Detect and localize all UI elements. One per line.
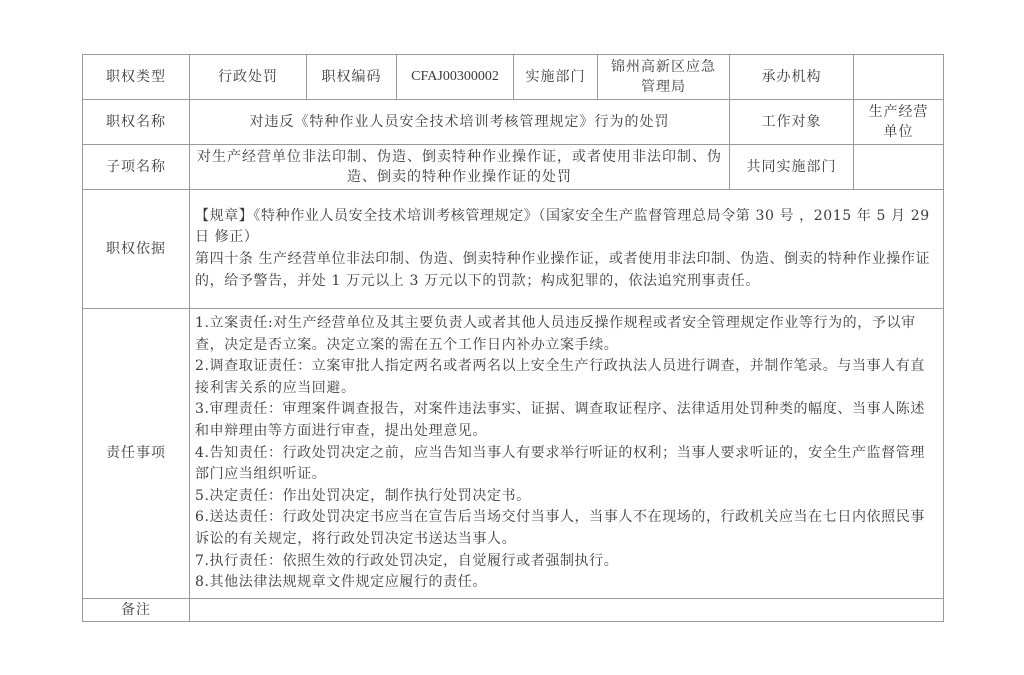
dept-value: 锦州高新区应急管理局 (598, 55, 730, 100)
name-label: 职权名称 (83, 100, 190, 145)
row-name: 职权名称 对违反《特种作业人员安全技术培训考核管理规定》行为的处罚 工作对象 生… (83, 100, 944, 145)
sub-label: 子项名称 (83, 145, 190, 190)
duty-item: 2.调查取证责任：立案审批人指定两名或者两名以上安全生产行政执法人员进行调查，并… (195, 356, 938, 399)
joint-value (854, 145, 944, 190)
agency-label: 承办机构 (730, 55, 854, 100)
duty-item: 3.审理责任：审理案件调查报告，对案件违法事实、证据、调查取证程序、法律适用处罚… (195, 399, 938, 442)
authority-table: 职权类型 行政处罚 职权编码 CFAJ00300002 实施部门 锦州高新区应急… (82, 54, 944, 599)
duties-label: 责任事项 (83, 309, 190, 599)
row-type: 职权类型 行政处罚 职权编码 CFAJ00300002 实施部门 锦州高新区应急… (83, 55, 944, 100)
basis-content: 【规章】《特种作业人员安全技术培训考核管理规定》（国家安全生产监督管理总局令第 … (190, 190, 944, 309)
code-value: CFAJ00300002 (397, 55, 514, 100)
remarks-value (190, 599, 944, 622)
basis-line: 【规章】《特种作业人员安全技术培训考核管理规定》（国家安全生产监督管理总局令第 … (195, 206, 938, 249)
duty-item: 5.决定责任：作出处罚决定，制作执行处罚决定书。 (195, 486, 938, 508)
sub-value: 对生产经营单位非法印制、伪造、倒卖特种作业操作证，或者使用非法印制、伪造、倒卖的… (190, 145, 730, 190)
code-label: 职权编码 (307, 55, 397, 100)
row-duties: 责任事项 1.立案责任:对生产经营单位及其主要负责人或者其他人员违反操作规程或者… (83, 309, 944, 599)
type-label: 职权类型 (83, 55, 190, 100)
dept-label: 实施部门 (514, 55, 598, 100)
name-value: 对违反《特种作业人员安全技术培训考核管理规定》行为的处罚 (190, 100, 730, 145)
duty-item: 4.告知责任：行政处罚决定之前，应当告知当事人有要求举行听证的权利；当事人要求听… (195, 443, 938, 486)
basis-label: 职权依据 (83, 190, 190, 309)
joint-label: 共同实施部门 (730, 145, 854, 190)
duty-item: 1.立案责任:对生产经营单位及其主要负责人或者其他人员违反操作规程或者安全管理规… (195, 313, 938, 356)
basis-line: 第四十条 生产经营单位非法印制、伪造、倒卖特种作业操作证，或者使用非法印制、伪造… (195, 249, 938, 292)
remarks-label: 备注 (83, 599, 190, 622)
duties-content: 1.立案责任:对生产经营单位及其主要负责人或者其他人员违反操作规程或者安全管理规… (190, 309, 944, 599)
row-remarks: 备注 (83, 599, 944, 622)
duty-item: 7.执行责任：依照生效的行政处罚决定，自觉履行或者强制执行。 (195, 551, 938, 573)
target-value: 生产经营单位 (854, 100, 944, 145)
duty-item: 8.其他法律法规规章文件规定应履行的责任。 (195, 572, 938, 594)
type-value: 行政处罚 (190, 55, 307, 100)
row-basis: 职权依据 【规章】《特种作业人员安全技术培训考核管理规定》（国家安全生产监督管理… (83, 190, 944, 309)
row-subitem: 子项名称 对生产经营单位非法印制、伪造、倒卖特种作业操作证，或者使用非法印制、伪… (83, 145, 944, 190)
agency-value (854, 55, 944, 100)
duty-item: 6.送达责任：行政处罚决定书应当在宣告后当场交付当事人，当事人不在现场的，行政机… (195, 507, 938, 550)
target-label: 工作对象 (730, 100, 854, 145)
remarks-table: 备注 (82, 598, 944, 622)
